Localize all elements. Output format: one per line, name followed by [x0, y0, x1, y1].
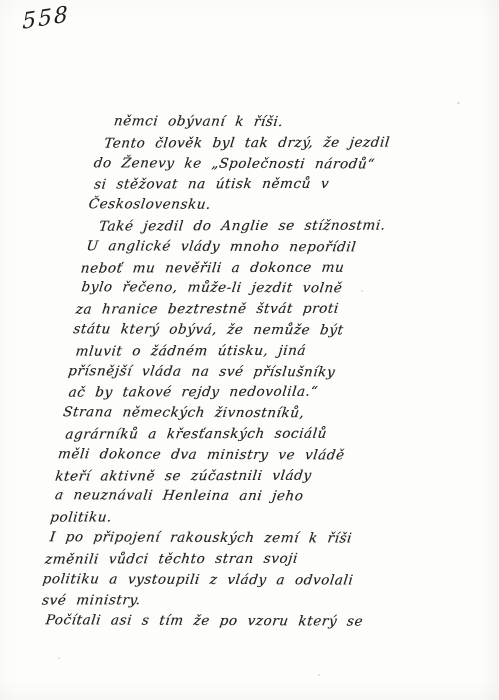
handwritten-line: a neuznávali Henleina ani jeho [52, 486, 424, 508]
handwritten-line: bylo řečeno, může-li jezdit volně [77, 278, 449, 300]
scan-speck [74, 440, 76, 442]
handwritten-line: přísnější vláda na své příslušníky [67, 361, 439, 383]
scan-speck [62, 493, 64, 495]
scan-speck [457, 102, 460, 104]
scan-speck [318, 674, 320, 676]
handwritten-line: Také jezdil do Anglie se stížnostmi. [85, 215, 458, 237]
handwritten-line: politiku a vystoupili z vlády a odvolali [41, 569, 413, 591]
handwritten-line: agrárníků a křesťanských sociálů [59, 423, 432, 445]
handwritten-line: Tento člověk byl tak drzý, že jezdil [95, 132, 468, 154]
handwritten-line: Strana německých živnostníků, [62, 402, 434, 424]
handwritten-line: své ministry. [39, 590, 412, 612]
handwritten-line: Československu. [87, 194, 459, 216]
handwritten-line: mluvit o žádném útisku, jiná [69, 340, 442, 362]
handwritten-line: změnili vůdci těchto stran svoji [44, 548, 417, 570]
handwritten-line: do Ženevy ke „Společnosti národů“ [92, 153, 464, 175]
handwritten-text-block: němci obývaní k říši. Tento člověk byl t… [36, 112, 470, 632]
handwritten-line: němci obývaní k říši. [98, 111, 470, 133]
page-number: 558 [22, 2, 70, 35]
handwritten-line: I po připojení rakouských zemí k říši [46, 527, 418, 549]
handwritten-line: státu který obývá, že nemůže být [72, 319, 444, 341]
handwritten-line: kteří aktivně se zúčastnili vlády [54, 465, 427, 487]
handwritten-line: si stěžovat na útisk němců v [90, 174, 463, 196]
handwritten-line: ač by takové rejdy nedovolila.“ [64, 382, 437, 404]
handwritten-line: za hranice beztrestně štvát proti [74, 299, 447, 321]
handwritten-line: U anglické vlády mnoho nepořídil [82, 236, 454, 258]
handwritten-line: politiku. [49, 506, 422, 528]
handwritten-line: neboť mu nevěřili a dokonce mu [80, 257, 453, 279]
scan-speck [58, 657, 60, 659]
scan-speck [361, 290, 363, 292]
handwritten-line: měli dokonce dva ministry ve vládě [57, 444, 429, 466]
handwritten-line: Počítali asi s tím že po vzoru který se [36, 610, 408, 632]
manuscript-page: 558 němci obývaní k říši. Tento člověk b… [0, 0, 499, 700]
